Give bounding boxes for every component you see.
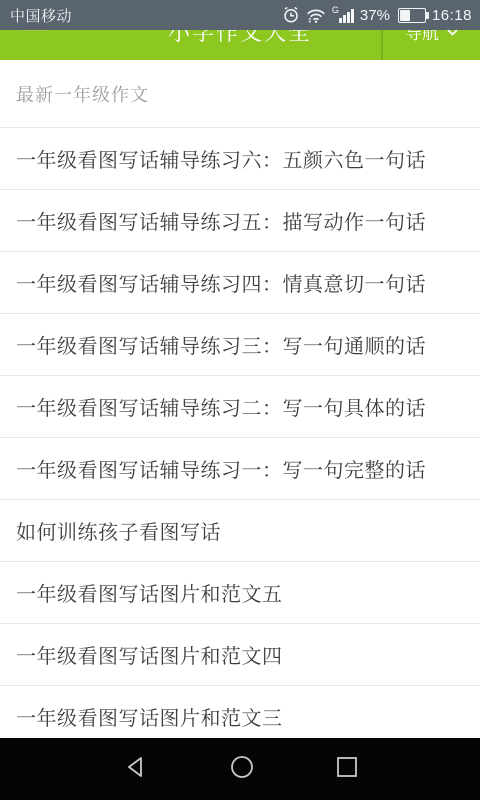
- battery-fill: [400, 10, 410, 21]
- list-item[interactable]: 一年级看图写话辅导练习三：写一句通顺的话: [0, 314, 480, 376]
- home-circle-icon: [229, 754, 255, 785]
- android-recents-button[interactable]: [317, 738, 377, 800]
- nav-menu-label: 导航: [405, 30, 439, 44]
- status-icons: G 37% 16:18: [282, 6, 472, 24]
- list-item[interactable]: 一年级看图写话辅导练习六：五颜六色一句话: [0, 128, 480, 190]
- phone-screen: 中国移动: [0, 0, 480, 800]
- android-nav-bar: [0, 738, 480, 800]
- chevron-down-icon: [447, 30, 458, 41]
- back-triangle-icon: [124, 755, 148, 784]
- article-list: 最新一年级作文 一年级看图写话辅导练习六：五颜六色一句话 一年级看图写话辅导练习…: [0, 60, 480, 738]
- nav-menu-button[interactable]: 导航: [383, 30, 480, 55]
- list-item[interactable]: 一年级看图写话辅导练习四：情真意切一句话: [0, 252, 480, 314]
- list-item[interactable]: 一年级看图写话图片和范文四: [0, 624, 480, 686]
- recents-square-icon: [336, 756, 358, 783]
- battery-percent-label: 37%: [360, 7, 390, 24]
- section-header: 最新一年级作文: [0, 60, 480, 128]
- back-arrow-icon: [20, 30, 50, 46]
- list-item[interactable]: 一年级看图写话辅导练习一：写一句完整的话: [0, 438, 480, 500]
- alarm-clock-icon: [282, 6, 300, 24]
- battery-icon: [398, 8, 426, 23]
- back-button[interactable]: [0, 30, 70, 55]
- list-item[interactable]: 一年级看图写话图片和范文三: [0, 686, 480, 738]
- app-bar: 小学作文大全 导航: [0, 30, 480, 60]
- list-item[interactable]: 一年级看图写话图片和范文五: [0, 562, 480, 624]
- android-home-button[interactable]: [212, 738, 272, 800]
- cell-signal-icon: G: [332, 7, 354, 23]
- clock-label: 16:18: [432, 7, 472, 24]
- android-back-button[interactable]: [106, 738, 166, 800]
- status-bar: 中国移动: [0, 0, 480, 30]
- list-item[interactable]: 一年级看图写话辅导练习五：描写动作一句话: [0, 190, 480, 252]
- network-type-label: G: [332, 5, 339, 15]
- list-item[interactable]: 一年级看图写话辅导练习二：写一句具体的话: [0, 376, 480, 438]
- wifi-icon: [306, 7, 326, 24]
- appbar-divider: [381, 30, 383, 60]
- list-item[interactable]: 如何训练孩子看图写话: [0, 500, 480, 562]
- carrier-label: 中国移动: [10, 5, 72, 26]
